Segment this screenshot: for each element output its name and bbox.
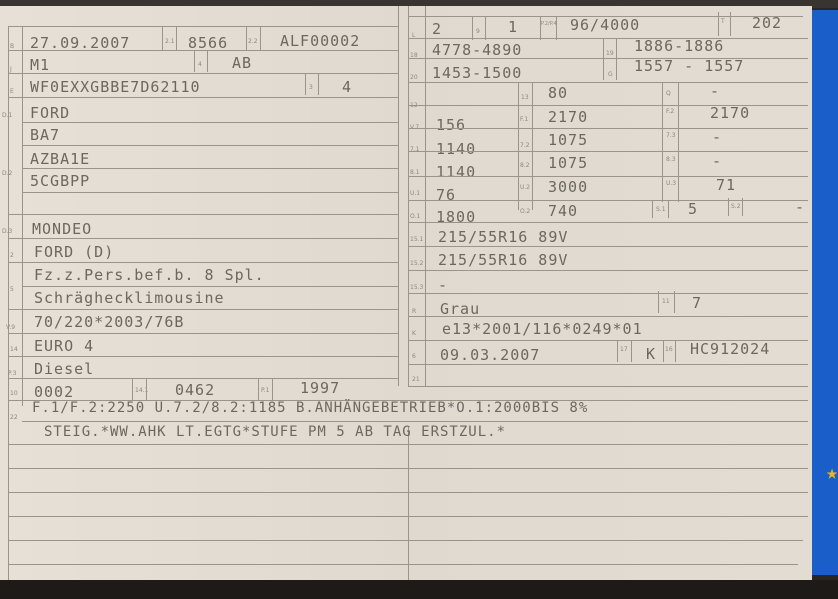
field-code-15-1: 15.1 xyxy=(410,236,423,243)
tire-axle-2: 215/55R16 89V xyxy=(438,251,568,269)
row-rule xyxy=(408,128,808,129)
row-rule xyxy=(8,309,398,310)
cell-rule xyxy=(146,378,147,400)
cell-rule xyxy=(485,16,486,40)
axle-load-3-permitted: - xyxy=(712,152,722,170)
axle-load-3-technical: - xyxy=(712,128,722,146)
vin: WF0EXXGBBE7D62110 xyxy=(30,78,201,96)
drive-by-noise: 71 xyxy=(716,176,736,194)
cell-rule xyxy=(674,291,675,313)
field-code-s2: S.2 xyxy=(731,203,741,210)
row-rule xyxy=(8,50,398,51)
right-code-rule xyxy=(425,6,426,386)
field-code-7-2: 7.2 xyxy=(520,142,530,149)
margin-rule xyxy=(8,26,9,586)
row-rule xyxy=(408,270,808,271)
cell-rule xyxy=(260,26,261,50)
field-code-k: K xyxy=(412,330,416,337)
variant: AZBA1E xyxy=(30,150,90,168)
cell-rule xyxy=(272,378,273,400)
field-code-19: 19 xyxy=(606,50,614,57)
cell-rule xyxy=(532,82,533,210)
field-code-9: 9 xyxy=(476,28,480,35)
field-code-7-3: 7.3 xyxy=(666,132,676,139)
cell-rule xyxy=(678,82,679,202)
field-code-d2: D.2 xyxy=(2,170,12,177)
cell-rule xyxy=(728,198,729,216)
row-rule xyxy=(8,214,398,215)
field-code-8-3: 8.3 xyxy=(666,156,676,163)
cell-rule xyxy=(616,38,617,80)
trailer-load-braked: 1800 xyxy=(436,208,476,226)
row-rule xyxy=(408,246,808,247)
type-key: ALF00002 xyxy=(280,32,360,50)
cell-rule xyxy=(742,198,743,216)
field-code-3: 3 xyxy=(309,84,313,91)
field-code-o1: O.1 xyxy=(410,213,420,220)
field-code-15-3: 15.3 xyxy=(410,284,423,291)
cell-rule xyxy=(617,340,618,362)
field-code-2-1: 2.1 xyxy=(165,38,175,45)
fuel-code: 0002 xyxy=(34,383,74,401)
trailer-load-unbraked: 740 xyxy=(548,202,578,220)
field-code-f1: F.1 xyxy=(520,116,528,123)
row-rule xyxy=(408,151,808,152)
cell-rule xyxy=(718,12,719,36)
field-code-p3: P.3 xyxy=(8,370,16,377)
field-code-13: 13 xyxy=(521,94,529,101)
power-rpm: 96/4000 xyxy=(570,16,640,34)
field-code-e: E xyxy=(10,88,14,95)
max-mass-permitted: 2170 xyxy=(710,104,750,122)
cell-rule xyxy=(730,12,731,36)
tire-axle-1: 215/55R16 89V xyxy=(438,228,568,246)
cell-rule xyxy=(305,73,306,95)
field-code-b: B xyxy=(10,43,14,50)
row-rule xyxy=(408,364,808,365)
field-code-f2: F.2 xyxy=(666,108,674,115)
cell-rule xyxy=(132,378,133,400)
row-rule xyxy=(22,145,398,146)
center-rule-2 xyxy=(408,6,409,386)
cell-rule xyxy=(540,16,541,40)
row-rule xyxy=(8,356,398,357)
noise-rpm: 3000 xyxy=(548,178,588,196)
field-code-u3: U.3 xyxy=(666,180,676,187)
field-code-4: 4 xyxy=(198,61,202,68)
make: FORD xyxy=(30,104,70,122)
row-rule xyxy=(408,293,808,294)
blank-rule xyxy=(8,564,798,565)
field-code-8-2: 8.2 xyxy=(520,162,530,169)
field-code-p2-p4: P.2/P.4 xyxy=(541,21,557,27)
cell-rule xyxy=(631,340,632,362)
cell-rule xyxy=(556,16,557,40)
row-rule xyxy=(8,262,398,263)
cell-rule xyxy=(518,82,519,210)
blank-rule xyxy=(8,468,808,469)
vehicle-category: Fz.z.Pers.bef.b. 8 Spl. xyxy=(34,266,265,284)
registration-document: B 27.09.2007 2.1 8566 2.2 ALF00002 J M1 … xyxy=(0,6,812,584)
cell-rule xyxy=(662,82,663,202)
version: 5CGBPP xyxy=(30,172,90,190)
background-bottom xyxy=(0,580,838,599)
power-weight-ratio: - xyxy=(710,82,720,100)
width: 1886-1886 xyxy=(634,37,724,55)
row-rule xyxy=(408,38,808,39)
cell-rule xyxy=(194,50,195,72)
field-code-r: R xyxy=(412,308,416,315)
remarks-line-2: STEIG.*WW.AHK LT.EGTG*STUFE PM 5 AB TAG … xyxy=(44,424,506,440)
length: 4778-4890 xyxy=(432,41,522,59)
field-code-u1: U.1 xyxy=(410,190,420,197)
blank-rule xyxy=(8,492,808,493)
field-code-8-1: 8.1 xyxy=(410,169,420,176)
standing-places: - xyxy=(795,198,805,216)
axle-load-2-technical: 1075 xyxy=(548,131,588,149)
vehicle-class: M1 xyxy=(30,56,50,74)
axle-load-1-permitted: 1140 xyxy=(436,163,476,181)
field-code-14: 14 xyxy=(10,346,18,353)
emission-directive: 70/220*2003/76B xyxy=(34,313,184,331)
row-rule xyxy=(408,386,808,387)
axle-load-2-permitted: 1075 xyxy=(548,154,588,172)
fuel-type: Diesel xyxy=(34,360,94,378)
center-rule xyxy=(398,6,399,386)
co2-emissions: 156 xyxy=(436,116,466,134)
trade-name: MONDEO xyxy=(32,220,92,238)
cell-rule xyxy=(176,26,177,50)
cell-rule xyxy=(472,16,473,40)
seats: 5 xyxy=(688,200,698,218)
row-rule xyxy=(408,82,808,83)
row-rule xyxy=(408,316,808,317)
type-approval-date: 09.03.2007 xyxy=(440,346,540,364)
height: 1453-1500 xyxy=(432,64,522,82)
curb-weight: 1557 - 1557 xyxy=(634,57,744,75)
row-rule xyxy=(8,238,398,239)
row-rule xyxy=(8,333,398,334)
row-rule xyxy=(22,286,398,287)
row-rule xyxy=(408,222,808,223)
emission-code: 0462 xyxy=(175,381,215,399)
axle-load-1-technical: 1140 xyxy=(436,140,476,158)
field-code-u2: U.2 xyxy=(520,184,530,191)
cell-rule xyxy=(652,200,653,218)
field-code-q: Q xyxy=(666,90,671,97)
eu-star-icon: ★ xyxy=(826,462,838,482)
remarks-line-1: F.1/F.2:2250 U.7.2/8.2:1185 B.ANHÄNGEBET… xyxy=(32,400,588,416)
field-code-15-2: 15.2 xyxy=(410,260,423,267)
row-rule xyxy=(8,97,398,98)
field-code-t: T xyxy=(721,18,725,25)
max-mass-technical: 2170 xyxy=(548,108,588,126)
max-speed: 202 xyxy=(752,14,782,32)
field-code-6: 6 xyxy=(412,353,416,360)
cell-rule xyxy=(162,26,163,50)
cell-rule xyxy=(207,50,208,72)
operating-permit-marker: K xyxy=(646,345,656,363)
field-code-16: 16 xyxy=(665,346,673,353)
cell-rule xyxy=(246,26,247,50)
field-code-o2: O.2 xyxy=(520,208,530,215)
field-code-j: J xyxy=(10,66,12,73)
row-rule xyxy=(8,73,398,74)
registration-certificate-number: HC912024 xyxy=(690,340,770,358)
row-rule xyxy=(22,192,398,193)
cell-rule xyxy=(675,340,676,362)
emission-class: EURO 4 xyxy=(34,337,94,355)
row-rule xyxy=(22,421,808,422)
driven-axles: 1 xyxy=(508,18,518,36)
field-code-s1: S.1 xyxy=(656,206,666,213)
row-rule xyxy=(408,200,808,201)
field-code-5: 5 xyxy=(10,286,14,293)
manufacturer: FORD (D) xyxy=(34,243,114,261)
blank-rule xyxy=(8,444,808,445)
vin-check-digit: 4 xyxy=(342,78,352,96)
cell-rule xyxy=(318,73,319,95)
body-style: Schräghecklimousine xyxy=(34,289,225,307)
cell-rule xyxy=(668,200,669,218)
cell-rule xyxy=(603,38,604,80)
field-code-p1: P.1 xyxy=(261,387,269,394)
field-code-v9: V.9 xyxy=(6,324,15,331)
field-code-22: 22 xyxy=(10,414,18,421)
field-code-10: 10 xyxy=(10,390,18,397)
cell-rule xyxy=(663,340,664,362)
field-code-21: 21 xyxy=(412,376,420,383)
row-rule xyxy=(408,58,808,59)
color-code: 7 xyxy=(692,294,702,312)
stationary-noise: 76 xyxy=(436,186,456,204)
field-code-2: 2 xyxy=(10,252,14,259)
field-code-d3: D.3 xyxy=(2,228,12,235)
blank-rule xyxy=(8,516,808,517)
row-rule xyxy=(408,176,808,177)
type: BA7 xyxy=(30,126,60,144)
cell-rule xyxy=(658,291,659,313)
field-code-20: 20 xyxy=(410,74,418,81)
field-code-11: 11 xyxy=(662,298,670,305)
field-code-g: G xyxy=(608,71,613,78)
type-approval-number: e13*2001/116*0249*01 xyxy=(442,320,643,338)
row-rule xyxy=(22,122,398,123)
blank-rule xyxy=(8,540,803,541)
field-code-17: 17 xyxy=(620,346,628,353)
displacement: 1997 xyxy=(300,379,340,397)
cell-rule xyxy=(258,378,259,400)
field-code-d1: D.1 xyxy=(2,112,12,119)
body-type-code: AB xyxy=(232,54,252,72)
field-code-2-2: 2.2 xyxy=(248,38,258,45)
tire-axle-3: - xyxy=(438,276,448,294)
tank-capacity: 80 xyxy=(548,84,568,102)
axles: 2 xyxy=(432,20,442,38)
lower-center-rule xyxy=(408,426,409,586)
code-column-rule xyxy=(22,26,23,406)
row-rule xyxy=(8,26,398,27)
row-rule xyxy=(22,168,398,169)
